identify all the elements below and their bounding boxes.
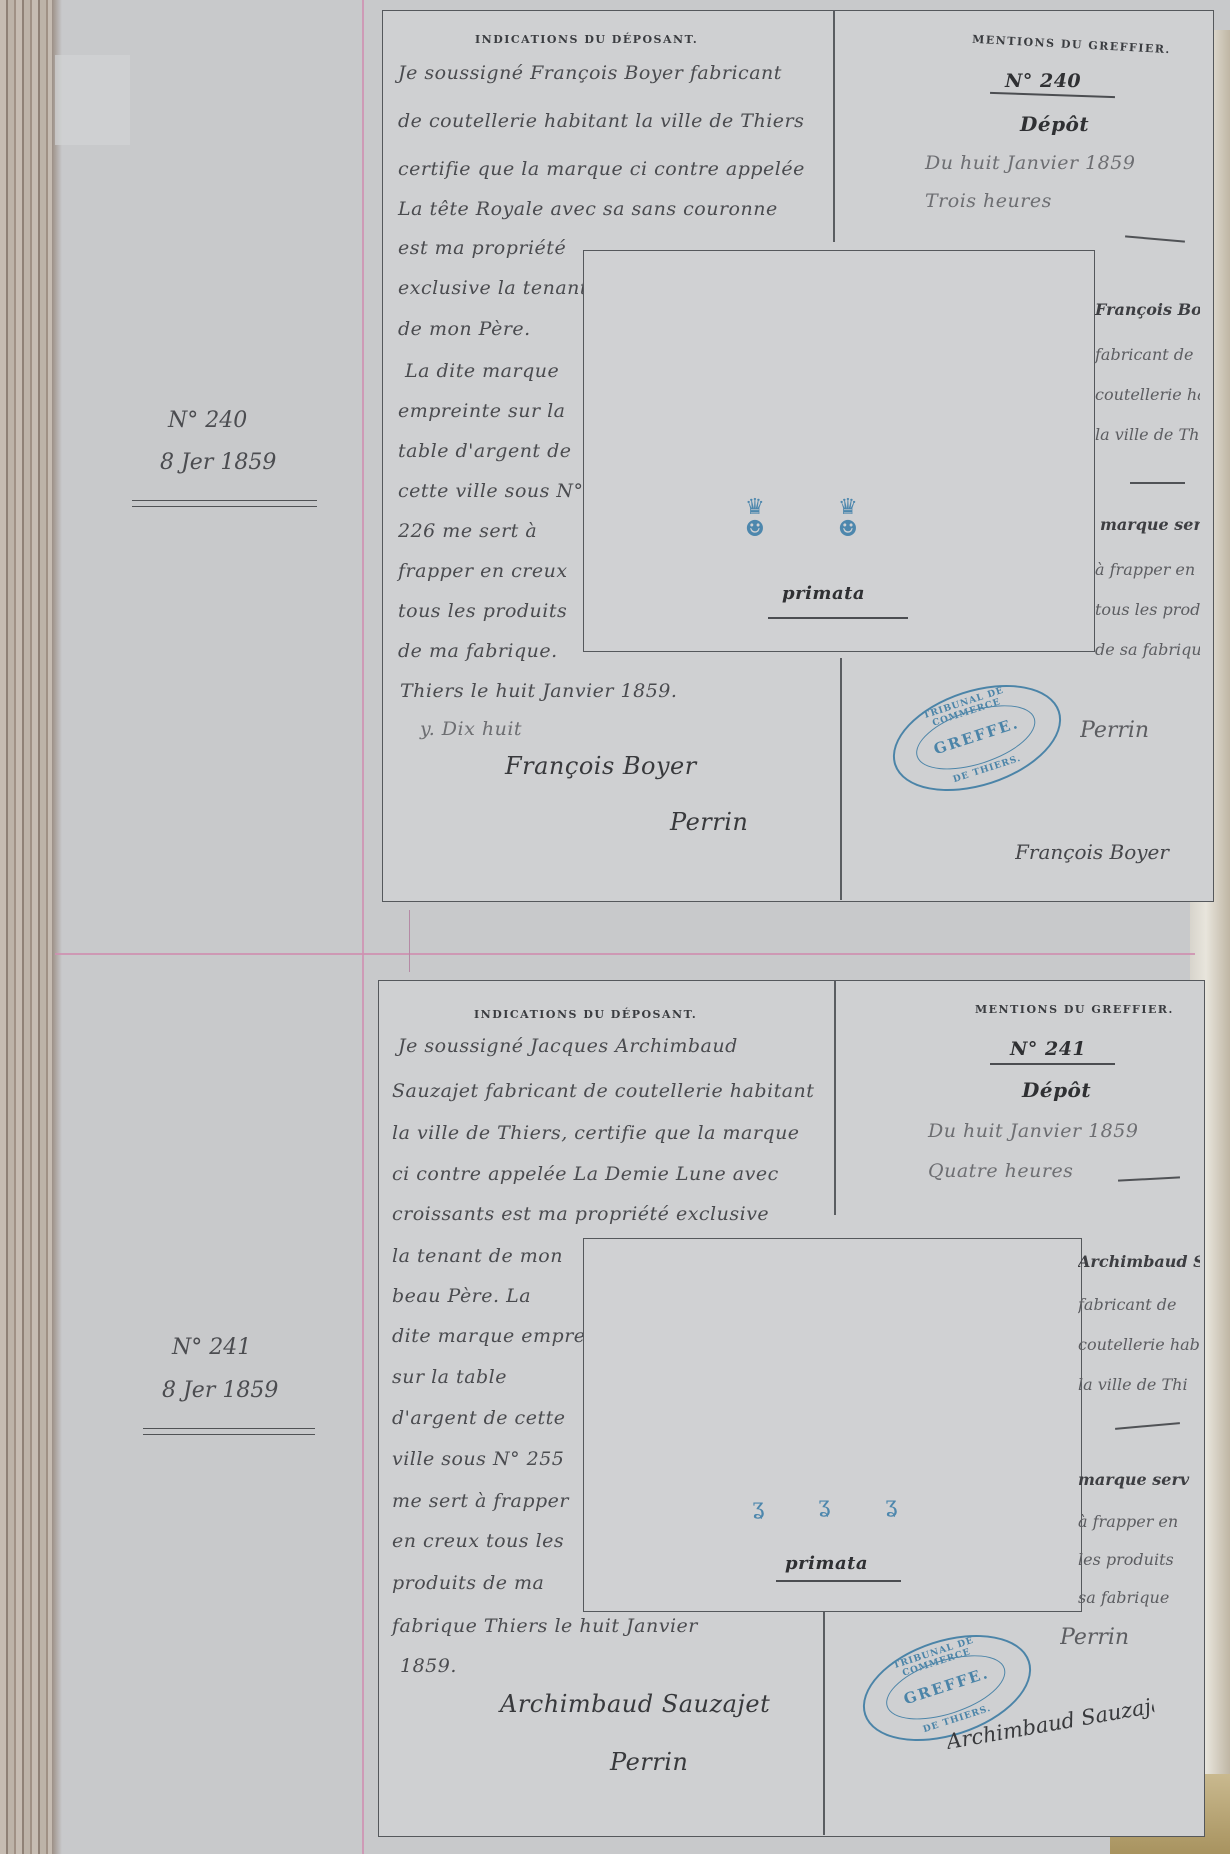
greffier-dash bbox=[1130, 482, 1185, 484]
mark-label: primata bbox=[782, 583, 865, 604]
greffier-side-note: coutellerie habitant bbox=[1095, 385, 1200, 404]
greffier-header: MENTIONS DU GREFFIER. bbox=[975, 1003, 1174, 1016]
greffier-clerk-signature: Perrin bbox=[1080, 718, 1200, 743]
greffier-side-note: marque serv bbox=[1078, 1470, 1200, 1489]
mark-label-rule bbox=[768, 617, 908, 619]
depositor-line: empreinte sur la bbox=[398, 400, 566, 422]
book-binding-edge bbox=[0, 0, 58, 1854]
entry-separator-rule bbox=[55, 953, 1195, 955]
depositor-line: Thiers le huit Janvier 1859. bbox=[400, 680, 677, 702]
depositor-line: 226 me sert à bbox=[398, 520, 537, 542]
depositor-line: d'argent de cette bbox=[392, 1407, 565, 1429]
depositor-line: de ma fabrique. bbox=[398, 640, 558, 662]
depositor-line: exclusive la tenant bbox=[398, 277, 588, 299]
column-divider-bottom bbox=[840, 658, 842, 900]
depositor-line: sur la table bbox=[392, 1366, 507, 1388]
crowned-head-emblem: ♛☻ bbox=[838, 497, 858, 541]
depositor-line: La tête Royale avec sa sans couronne bbox=[398, 198, 778, 220]
greffier-time: Trois heures bbox=[925, 190, 1052, 212]
greffier-side-note: la ville de Thi bbox=[1078, 1375, 1200, 1394]
depositor-line: fabrique Thiers le huit Janvier bbox=[392, 1615, 698, 1637]
greffier-title: Dépôt bbox=[1020, 112, 1089, 136]
column-divider-top bbox=[833, 10, 835, 242]
depositor-line: beau Père. La bbox=[392, 1285, 531, 1307]
depositor-line: y. Dix huit bbox=[420, 718, 522, 740]
depositor-line: de coutellerie habitant la ville de Thie… bbox=[398, 110, 804, 132]
clerk-signature: Perrin bbox=[610, 1748, 688, 1776]
greffier-side-note: Archimbaud Sau bbox=[1078, 1252, 1200, 1271]
greffier-clerk-signature: Perrin bbox=[1060, 1625, 1190, 1650]
depositor-line: certifie que la marque ci contre appelée bbox=[398, 158, 805, 180]
depositor-line: ci contre appelée La Demie Lune avec bbox=[392, 1163, 779, 1185]
column-divider-top bbox=[834, 980, 836, 1215]
depositor-header: INDICATIONS DU DÉPOSANT. bbox=[474, 1008, 697, 1021]
greffier-number: N° 240 bbox=[1005, 70, 1081, 92]
greffier-date: Du huit Janvier 1859 bbox=[928, 1120, 1138, 1142]
depositor-line: 1859. bbox=[400, 1655, 457, 1677]
greffier-title: Dépôt bbox=[1022, 1078, 1091, 1102]
greffier-side-note: fabricant de bbox=[1078, 1295, 1200, 1314]
margin-entry-date: 8 Jer 1859 bbox=[160, 450, 276, 475]
greffier-date: Du huit Janvier 1859 bbox=[925, 152, 1135, 174]
depositor-line: la ville de Thiers, certifie que la marq… bbox=[392, 1122, 800, 1144]
depositor-line: cette ville sous N° bbox=[398, 480, 584, 502]
margin-entry-date: 8 Jer 1859 bbox=[162, 1378, 278, 1403]
paper-patch bbox=[55, 55, 130, 145]
crescent-moon-emblem: ʓ bbox=[752, 1497, 764, 1519]
crescent-moon-emblem: ʓ bbox=[818, 1495, 830, 1517]
depositor-line: la tenant de mon bbox=[392, 1245, 563, 1267]
greffier-number-rule bbox=[990, 1063, 1115, 1065]
margin-double-rule bbox=[143, 1428, 315, 1435]
crescent-moon-emblem: ʓ bbox=[885, 1495, 897, 1517]
greffier-side-note: tous les produits bbox=[1095, 600, 1200, 619]
depositor-line: ville sous N° 255 bbox=[392, 1448, 564, 1470]
depositor-line: me sert à frapper bbox=[392, 1490, 569, 1512]
depositor-signature: Archimbaud Sauzajet bbox=[500, 1690, 770, 1718]
greffier-side-note: sa fabrique bbox=[1078, 1588, 1200, 1607]
clerk-signature: Perrin bbox=[670, 808, 748, 836]
margin-rule-vertical bbox=[362, 0, 364, 1854]
column-divider-bottom bbox=[823, 1612, 825, 1835]
depositor-line: est ma propriété bbox=[398, 237, 566, 259]
depositor-line: frapper en creux bbox=[398, 560, 568, 582]
depositor-line: tous les produits bbox=[398, 600, 567, 622]
depositor-line: Sauzajet fabricant de coutellerie habita… bbox=[392, 1080, 814, 1102]
crowned-head-emblem: ♛☻ bbox=[745, 497, 765, 541]
greffier-side-note: la ville de Thiers bbox=[1095, 425, 1200, 444]
margin-entry-number: N° 240 bbox=[168, 408, 247, 433]
greffier-side-note: fabricant de bbox=[1095, 345, 1200, 364]
depositor-header: INDICATIONS DU DÉPOSANT. bbox=[475, 33, 698, 46]
separator-stub bbox=[409, 910, 410, 972]
greffier-depositor-signature: François Boyer bbox=[1015, 840, 1200, 864]
greffier-side-note: à frapper en bbox=[1078, 1512, 1200, 1531]
greffier-time: Quatre heures bbox=[928, 1160, 1073, 1182]
depositor-signature: François Boyer bbox=[505, 752, 697, 780]
greffier-side-note: de sa fabrique bbox=[1095, 640, 1200, 659]
mark-label: primata bbox=[785, 1553, 868, 1574]
greffier-side-note: les produits bbox=[1078, 1550, 1200, 1569]
depositor-line: Je soussigné Jacques Archimbaud bbox=[398, 1035, 738, 1057]
greffier-side-note: marque servant bbox=[1100, 515, 1200, 534]
greffier-side-note: François Boyer bbox=[1095, 300, 1200, 319]
depositor-line: La dite marque bbox=[405, 360, 559, 382]
mark-label-rule bbox=[776, 1580, 901, 1582]
margin-entry-number: N° 241 bbox=[172, 1335, 251, 1360]
depositor-line: de mon Père. bbox=[398, 318, 531, 340]
depositor-line: en creux tous les bbox=[392, 1530, 564, 1552]
depositor-line: produits de ma bbox=[392, 1572, 544, 1594]
greffier-side-note: à frapper en creux bbox=[1095, 560, 1200, 579]
binding-shadow bbox=[52, 0, 62, 1854]
greffier-number: N° 241 bbox=[1010, 1038, 1086, 1060]
margin-double-rule bbox=[132, 500, 317, 507]
depositor-line: table d'argent de bbox=[398, 440, 572, 462]
depositor-line: Je soussigné François Boyer fabricant bbox=[398, 62, 782, 84]
greffier-side-note: coutellerie hab bbox=[1078, 1335, 1200, 1354]
depositor-line: croissants est ma propriété exclusive bbox=[392, 1203, 769, 1225]
